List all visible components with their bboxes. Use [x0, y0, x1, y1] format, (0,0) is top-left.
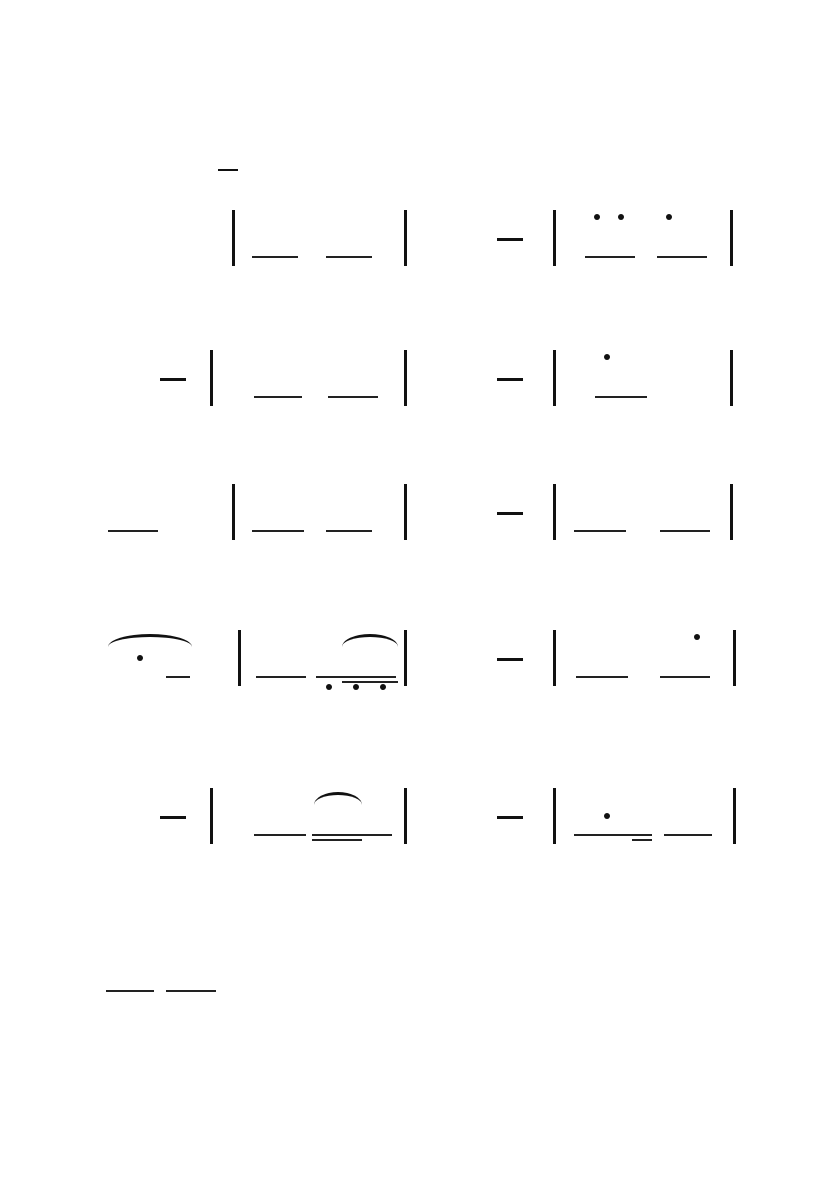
eighth-underline: [106, 990, 154, 992]
sustain-dash: [497, 816, 523, 819]
sixteenth-underline: [632, 839, 652, 841]
sustain-dash: [497, 378, 523, 381]
eighth-underline: [166, 990, 216, 992]
sustain-dash: [497, 238, 523, 241]
barline: [404, 788, 407, 844]
sustain-dash: [160, 378, 186, 381]
barline: [553, 630, 556, 686]
eighth-underline: [657, 256, 707, 258]
barline: [553, 484, 556, 540]
eighth-underline: [664, 834, 712, 836]
eighth-underline: [328, 396, 378, 398]
eighth-underline: [660, 676, 710, 678]
eighth-underline: [256, 676, 306, 678]
barline: [404, 350, 407, 406]
barline: [730, 484, 733, 540]
barline: [404, 210, 407, 266]
sustain-dash: [497, 512, 523, 515]
eighth-underline: [660, 530, 710, 532]
sixteenth-underline: [342, 681, 398, 683]
slur: [314, 792, 362, 805]
barline: [553, 350, 556, 406]
barline: [210, 350, 213, 406]
eighth-underline: [254, 396, 302, 398]
eighth-underline: [316, 676, 396, 678]
sixteenth-underline: [312, 839, 362, 841]
eighth-underline: [252, 530, 304, 532]
eighth-underline: [254, 834, 306, 836]
barline: [232, 210, 235, 266]
eighth-underline: [312, 834, 392, 836]
barline: [733, 788, 736, 844]
eighth-underline: [574, 834, 652, 836]
barline: [730, 350, 733, 406]
time-signature: [218, 168, 238, 172]
eighth-underline: [576, 676, 628, 678]
barline: [553, 210, 556, 266]
barline: [238, 630, 241, 686]
time-sig-bar: [218, 169, 238, 171]
barline: [730, 210, 733, 266]
eighth-underline: [166, 676, 190, 678]
eighth-underline: [252, 256, 298, 258]
sustain-dash: [160, 816, 186, 819]
barline: [733, 630, 736, 686]
eighth-underline: [108, 530, 158, 532]
barline: [404, 484, 407, 540]
eighth-underline: [585, 256, 635, 258]
eighth-underline: [326, 256, 372, 258]
slur: [342, 634, 398, 647]
barline: [210, 788, 213, 844]
augmentation-dot: [604, 813, 610, 819]
sustain-dash: [497, 658, 523, 661]
slur: [108, 634, 192, 647]
augmentation-dot: [137, 655, 143, 661]
eighth-underline: [326, 530, 372, 532]
barline: [232, 484, 235, 540]
barline: [553, 788, 556, 844]
barline: [404, 630, 407, 686]
eighth-underline: [574, 530, 626, 532]
eighth-underline: [595, 396, 647, 398]
